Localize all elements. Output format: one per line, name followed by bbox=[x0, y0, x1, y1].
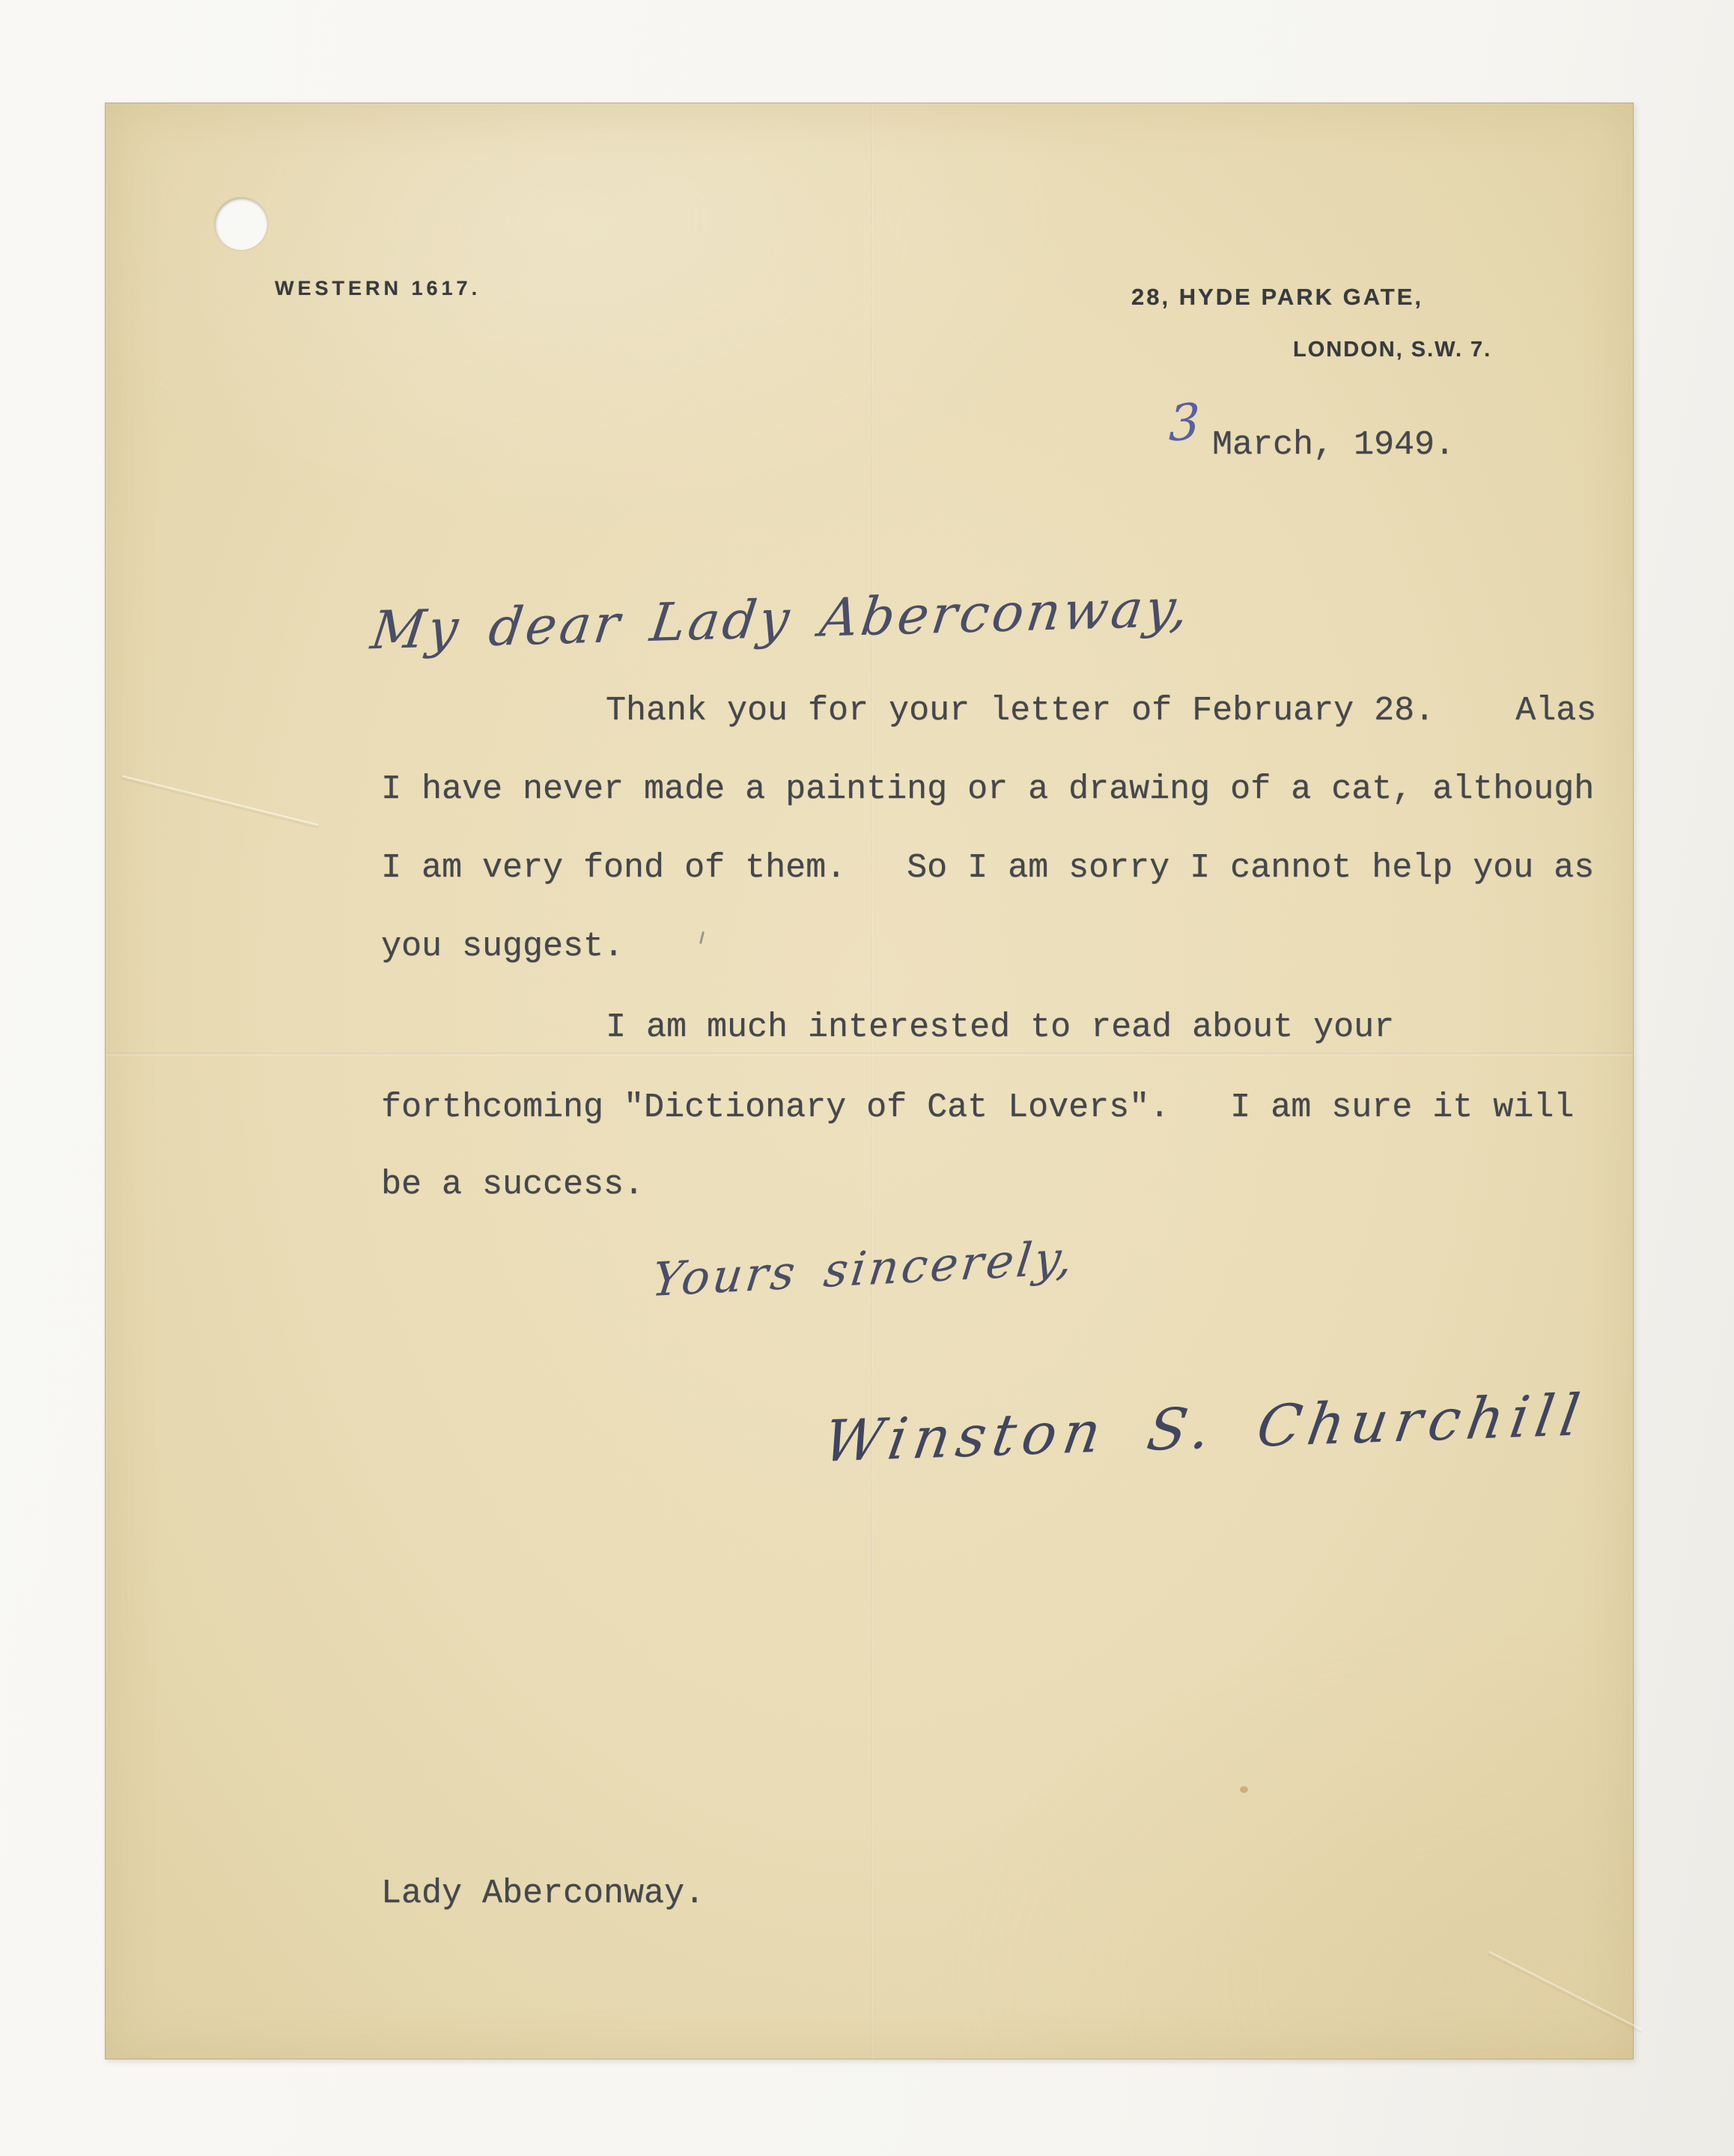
punch-hole bbox=[215, 198, 267, 250]
signature-winston-churchill: Winston S. Churchill bbox=[819, 1381, 1590, 1475]
letterhead-address-line-1: 28, HYDE PARK GATE, bbox=[1131, 284, 1423, 311]
date-day-handwritten: 3 bbox=[1168, 392, 1200, 453]
letterhead-telephone: WESTERN 1617. bbox=[275, 277, 481, 300]
body-line: I am very fond of them. So I am sorry I … bbox=[381, 850, 1594, 886]
stray-ink-mark bbox=[699, 931, 705, 944]
vertical-fold-crease bbox=[871, 103, 873, 2059]
salutation-handwritten: My dear Lady Aberconway, bbox=[368, 577, 1195, 662]
letter-page: WESTERN 1617. 28, HYDE PARK GATE, LONDON… bbox=[105, 103, 1634, 2059]
bottom-right-corner-crease bbox=[1488, 1951, 1643, 2032]
foxing-stain bbox=[1240, 1786, 1248, 1793]
date-typed: March, 1949. bbox=[1212, 427, 1455, 463]
closing-handwritten: Yours sincerely, bbox=[649, 1230, 1079, 1307]
body-line: you suggest. bbox=[381, 929, 624, 965]
scanned-letter-background: { "letter": { "letterhead": { "telephone… bbox=[0, 0, 1734, 2156]
left-edge-wrinkle bbox=[122, 775, 319, 826]
body-line: Thank you for your letter of February 28… bbox=[606, 693, 1596, 729]
body-line: be a success. bbox=[381, 1167, 644, 1203]
horizontal-fold-crease bbox=[106, 1053, 1633, 1056]
body-line: I am much interested to read about your bbox=[606, 1010, 1394, 1046]
letterhead-address-line-2: LONDON, S.W. 7. bbox=[1293, 338, 1491, 362]
body-line: I have never made a painting or a drawin… bbox=[381, 772, 1594, 808]
body-line: forthcoming "Dictionary of Cat Lovers". … bbox=[381, 1090, 1574, 1126]
recipient-name: Lady Aberconway. bbox=[381, 1876, 705, 1912]
